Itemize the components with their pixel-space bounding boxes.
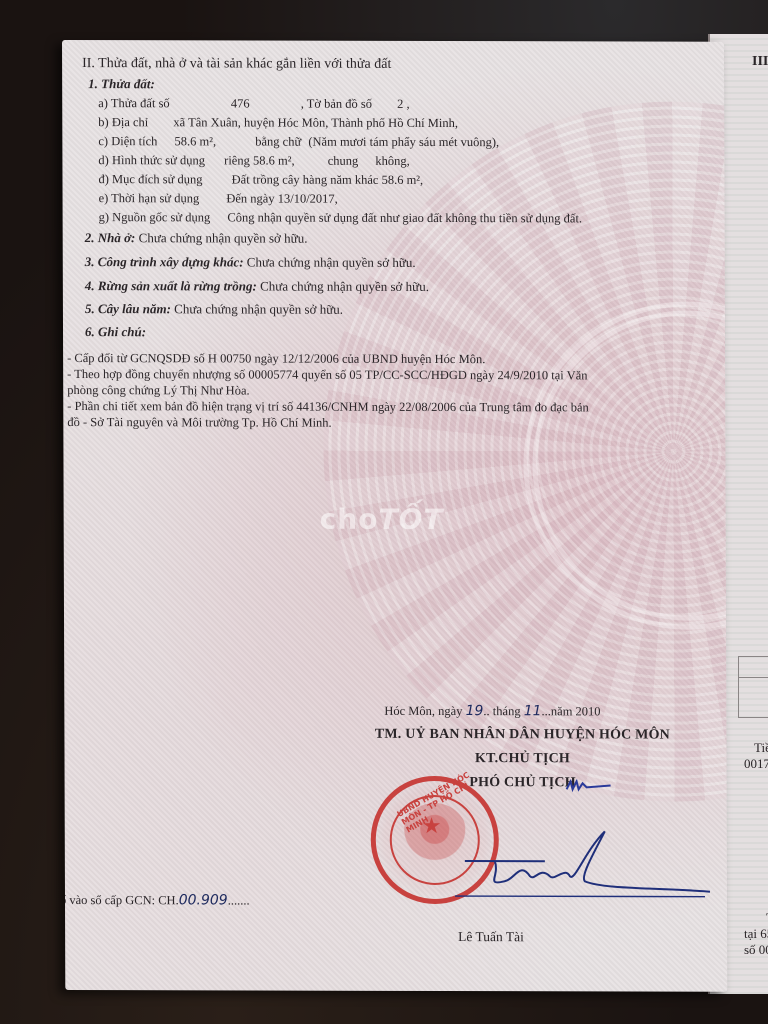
note-line: - Cấp đổi từ GCNQSDĐ số H 00750 ngày 12/… bbox=[67, 350, 485, 367]
field-usage-term: e) Thời hạn sử dụng Đến ngày 13/10/2017, bbox=[99, 190, 338, 207]
handwritten-signature bbox=[455, 821, 715, 902]
note-line: - Theo hợp đồng chuyển nhượng số 0000577… bbox=[67, 366, 587, 383]
field-address: b) Địa chỉ xã Tân Xuân, huyện Hóc Môn, T… bbox=[98, 114, 458, 131]
register-number: Số vào sổ cấp GCN: CH.00.909....... bbox=[62, 892, 250, 909]
item-production-forest: 4. Rừng sản xuất là rừng trồng: Chưa chứ… bbox=[85, 278, 429, 295]
notes-heading: 6. Ghi chú: bbox=[85, 324, 146, 340]
field-label: d) Hình thức sử dụng bbox=[98, 153, 205, 167]
signer-name: Lê Tuấn Tài bbox=[458, 929, 524, 945]
field-label: e) Thời hạn sử dụng bbox=[99, 191, 200, 205]
right-page-fragment: số 00 bbox=[744, 942, 768, 958]
item-heading: 5. Cây lâu năm: bbox=[85, 301, 171, 316]
field-label: chung bbox=[328, 153, 359, 169]
item-other-construction: 3. Công trình xây dựng khác: Chưa chứng … bbox=[85, 254, 416, 271]
item-perennial-trees: 5. Cây lâu năm: Chưa chứng nhận quyền sở… bbox=[85, 301, 343, 318]
initials-mark bbox=[565, 779, 615, 797]
field-area: c) Diện tích 58.6 m², bằng chữ (Năm mươi… bbox=[98, 133, 499, 150]
item-value: Chưa chứng nhận quyền sở hữu. bbox=[247, 254, 416, 269]
field-label: a) Thửa đất số bbox=[98, 96, 170, 110]
section-heading: II. Thửa đất, nhà ở và tài sản khác gắn … bbox=[82, 56, 391, 73]
date-day: 19 bbox=[466, 703, 484, 719]
right-page-fragment: 0017 bbox=[744, 756, 768, 772]
item-value: Chưa chứng nhận quyền sở hữu. bbox=[260, 279, 429, 294]
chotot-watermark: choTỐT bbox=[320, 503, 444, 536]
right-page-heading: III. bbox=[752, 54, 768, 70]
certificate-content: II. Thửa đất, nhà ở và tài sản khác gắn … bbox=[62, 40, 727, 992]
register-label: Số vào sổ cấp GCN: CH. bbox=[62, 893, 179, 907]
item-value: Chưa chứng nhận quyền sở hữu. bbox=[174, 301, 343, 316]
field-value: không, bbox=[375, 153, 409, 169]
issuing-authority: TM. UỶ BAN NHÂN DÂN HUYỆN HÓC MÔN bbox=[342, 727, 702, 744]
field-value: xã Tân Xuân, huyện Hóc Môn, Thành phố Hồ… bbox=[173, 114, 458, 131]
item-value: Chưa chứng nhận quyền sở hữu. bbox=[139, 230, 308, 245]
field-label: bằng chữ bbox=[255, 134, 301, 150]
field-usage-form: d) Hình thức sử dụng riêng 58.6 m², chun… bbox=[98, 152, 409, 169]
note-line: phòng công chứng Lý Thị Như Hòa. bbox=[67, 382, 249, 398]
field-usage-origin: g) Nguồn gốc sử dụng Công nhận quyền sử … bbox=[99, 209, 582, 226]
date-year: năm 2010 bbox=[551, 704, 601, 718]
field-value: Đến ngày 13/10/2017, bbox=[226, 190, 338, 206]
field-parcel-number: a) Thửa đất số 476 , Tờ bản đồ số 2 , bbox=[98, 95, 409, 112]
field-label: đ) Mục đích sử dụng bbox=[98, 172, 202, 186]
field-value: 2 , bbox=[397, 96, 410, 112]
item-heading: 4. Rừng sản xuất là rừng trồng: bbox=[85, 278, 257, 293]
item-house: 2. Nhà ở: Chưa chứng nhận quyền sở hữu. bbox=[85, 230, 308, 247]
field-value: Công nhận quyền sử dụng đất như giao đất… bbox=[227, 209, 582, 226]
field-value: Đất trồng cây hàng năm khác 58.6 m², bbox=[232, 171, 424, 188]
issue-date: Hóc Môn, ngày 19.. tháng 11...năm 2010 bbox=[384, 703, 600, 720]
note-line: đồ - Sở Tài nguyên và Môi trường Tp. Hồ … bbox=[67, 414, 331, 431]
date-month-label: tháng bbox=[493, 704, 521, 718]
field-value: 476 bbox=[231, 95, 250, 111]
field-label: b) Địa chỉ bbox=[98, 115, 148, 129]
field-usage-purpose: đ) Mục đích sử dụng Đất trồng cây hàng n… bbox=[98, 171, 423, 188]
right-page-table bbox=[738, 656, 768, 718]
field-value: (Năm mươi tám phẩy sáu mét vuông), bbox=[308, 134, 499, 150]
field-label: c) Diện tích bbox=[98, 134, 157, 148]
signer-role-acting: KT.CHỦ TỊCH bbox=[342, 751, 702, 768]
item-heading: 3. Công trình xây dựng khác: bbox=[85, 254, 244, 269]
land-parcel-heading: 1. Thửa đất: bbox=[88, 76, 155, 92]
field-label: g) Nguồn gốc sử dụng bbox=[99, 210, 211, 224]
field-value: riêng 58.6 m², bbox=[224, 152, 294, 168]
note-line: - Phần chi tiết xem bản đồ hiện trạng vị… bbox=[67, 398, 589, 415]
field-value: 58.6 m², bbox=[174, 133, 216, 149]
certificate-page: II. Thửa đất, nhà ở và tài sản khác gắn … bbox=[62, 40, 727, 992]
item-heading: 2. Nhà ở: bbox=[85, 230, 136, 245]
date-prefix: Hóc Môn, ngày bbox=[384, 704, 462, 718]
register-value: 00.909 bbox=[179, 892, 228, 908]
date-month: 11 bbox=[524, 703, 542, 719]
right-page-fragment: tại 65 bbox=[744, 926, 768, 942]
right-page-fragment: Tiề bbox=[754, 740, 768, 756]
field-label: , Tờ bản đồ số bbox=[301, 96, 372, 112]
